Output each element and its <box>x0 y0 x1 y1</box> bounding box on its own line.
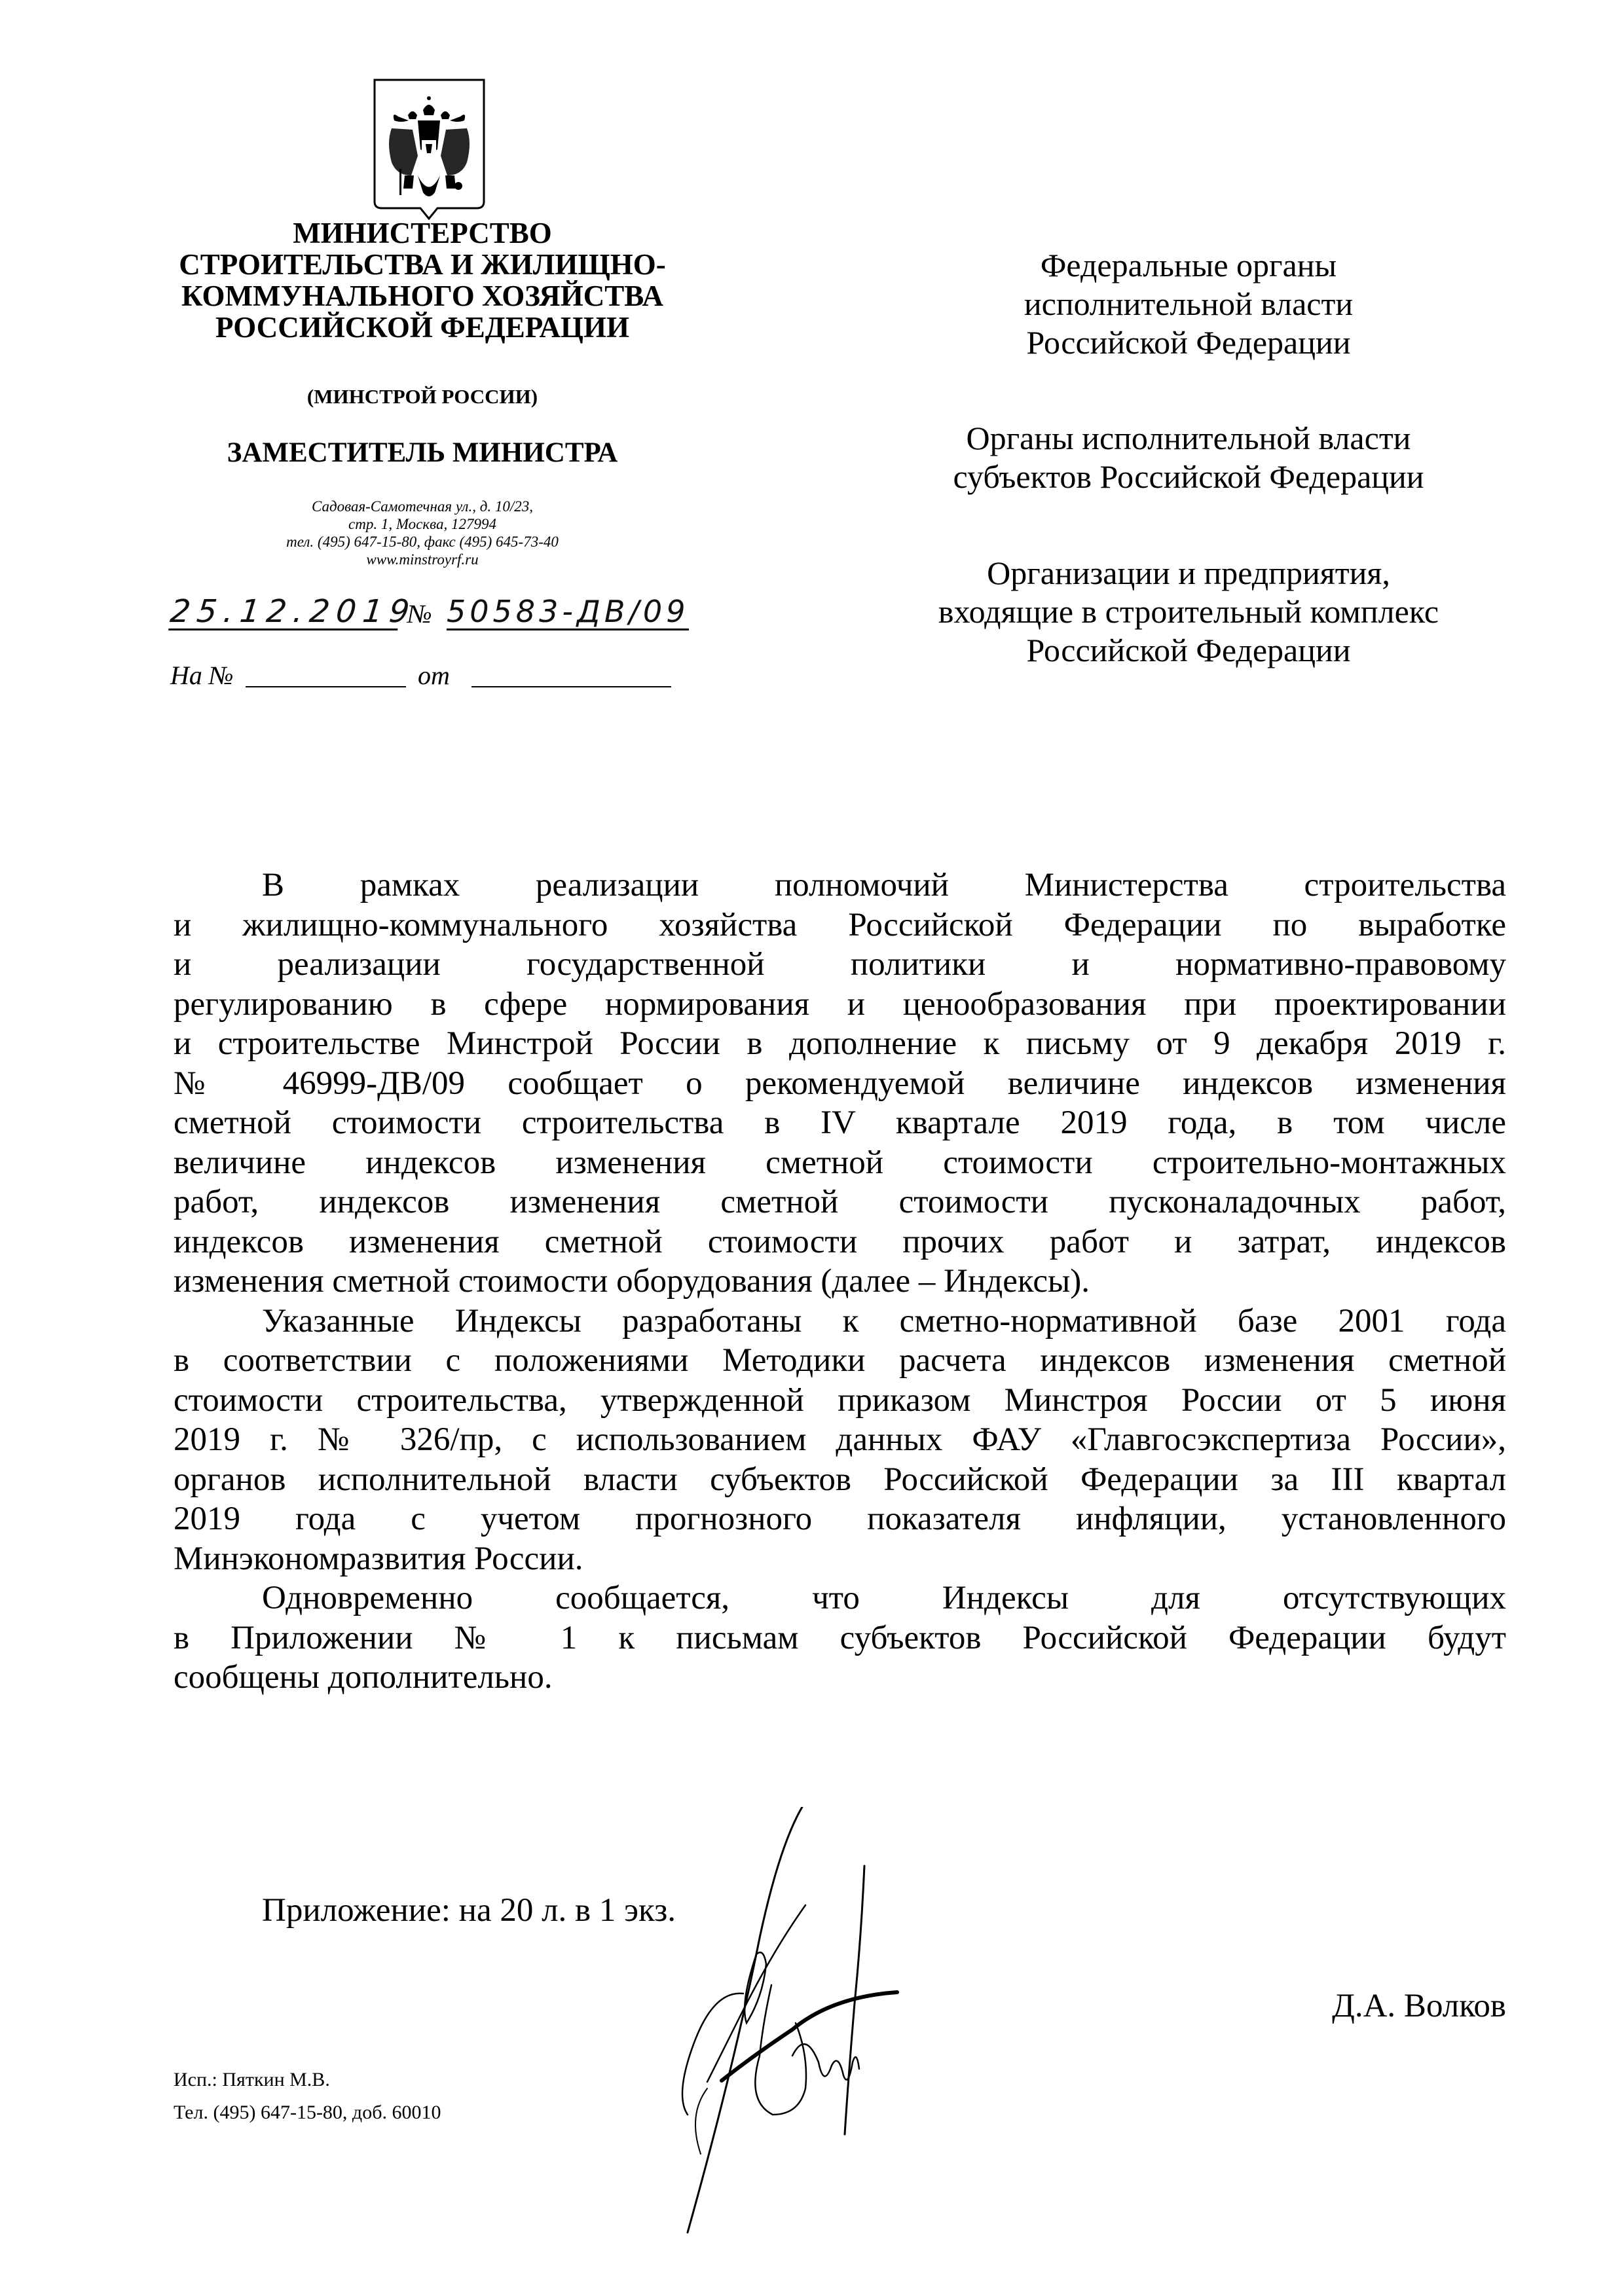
ministry-address: Садовая-Самотечная ул., д. 10/23, стр. 1… <box>160 498 684 568</box>
ministry-name-line: КОММУНАЛЬНОГО ХОЗЯЙСТВА <box>160 280 684 312</box>
reply-number-label: На № <box>170 660 234 691</box>
address-line: стр. 1, Москва, 127994 <box>160 515 684 533</box>
body-line: Одновременно сообщается, что Индексы для… <box>174 1578 1506 1618</box>
addressee-line: входящие в строительный комплекс <box>864 592 1513 631</box>
addressee-line: Органы исполнительной власти <box>864 419 1513 458</box>
body-line: № 46999-ДВ/09 сообщает о рекомендуемой в… <box>174 1064 1506 1104</box>
body-line: 2019 г. № 326/пр, с использованием данны… <box>174 1420 1506 1460</box>
body-line: сообщены дополнительно. <box>174 1658 1506 1698</box>
addressee-line: Организации и предприятия, <box>864 554 1513 592</box>
body-line: величине индексов изменения сметной стои… <box>174 1143 1506 1183</box>
body-line: индексов изменения сметной стоимости про… <box>174 1222 1506 1262</box>
reply-reference: На № от <box>170 660 694 693</box>
body-line: изменения сметной стоимости оборудования… <box>174 1262 1506 1302</box>
paragraph: Одновременно сообщается, что Индексы для… <box>174 1578 1506 1698</box>
paragraph: В рамках реализации полномочий Министерс… <box>174 866 1506 1302</box>
body-line: работ, индексов изменения сметной стоимо… <box>174 1182 1506 1222</box>
address-line: тел. (495) 647-15-80, факс (495) 645-73-… <box>160 533 684 551</box>
body-line: в соответствии с положениями Методики ра… <box>174 1341 1506 1381</box>
body-line: регулированию в сфере нормирования и цен… <box>174 985 1506 1025</box>
addressee-line: исполнительной власти <box>864 285 1513 323</box>
body-line: и жилищно-коммунального хозяйства Россий… <box>174 905 1506 945</box>
handwritten-signature-icon <box>648 1807 1015 2239</box>
addressee-line: субъектов Российской Федерации <box>864 458 1513 496</box>
body-line: Указанные Индексы разработаны к сметно-н… <box>174 1302 1506 1341</box>
addressee-line: Федеральные органы <box>864 246 1513 285</box>
addressee-line: Российской Федерации <box>864 323 1513 362</box>
registration-date: 25.12.2019 <box>168 594 401 630</box>
letter-body: В рамках реализации полномочий Министерс… <box>174 866 1506 1698</box>
signer-name: Д.А. Волков <box>1179 1986 1506 2026</box>
body-line: в Приложении № 1 к письмам субъектов Рос… <box>174 1618 1506 1658</box>
ministry-name-line: СТРОИТЕЛЬСТВА И ЖИЛИЩНО- <box>160 249 684 280</box>
reply-date-field <box>471 686 671 687</box>
registration-number: 50583-ДВ/09 <box>447 594 689 630</box>
sender-position: ЗАМЕСТИТЕЛЬ МИНИСТРА <box>160 437 684 469</box>
body-line: и реализации государственной политики и … <box>174 945 1506 985</box>
address-line: Садовая-Самотечная ул., д. 10/23, <box>160 498 684 515</box>
addressee-federal-bodies: Федеральные органы исполнительной власти… <box>864 246 1513 362</box>
executor-name: Исп.: Пяткин М.В. <box>174 2064 441 2096</box>
reply-number-field <box>246 686 406 687</box>
body-line: сметной стоимости строительства в IV ква… <box>174 1103 1506 1143</box>
body-line: Минэкономразвития России. <box>174 1539 1506 1579</box>
body-line: и строительстве Минстрой России в дополн… <box>174 1024 1506 1064</box>
attachment-note: Приложение: на 20 л. в 1 экз. <box>262 1891 676 1930</box>
coat-of-arms-icon <box>372 77 487 225</box>
website-link: www.minstroyrf.ru <box>160 551 684 568</box>
body-line: 2019 года с учетом прогнозного показател… <box>174 1499 1506 1539</box>
body-line: органов исполнительной власти субъектов … <box>174 1460 1506 1500</box>
body-line: В рамках реализации полномочий Министерс… <box>174 866 1506 905</box>
executor-info: Исп.: Пяткин М.В. Тел. (495) 647-15-80, … <box>174 2064 441 2129</box>
ministry-name-line: РОССИЙСКОЙ ФЕДЕРАЦИИ <box>160 312 684 343</box>
paragraph: Указанные Индексы разработаны к сметно-н… <box>174 1302 1506 1579</box>
registration-line: 25.12.2019 № 50583-ДВ/09 <box>170 594 720 634</box>
body-line: стоимости строительства, утвержденной пр… <box>174 1381 1506 1421</box>
ministry-name: МИНИСТЕРСТВО СТРОИТЕЛЬСТВА И ЖИЛИЩНО- КО… <box>160 217 684 343</box>
ministry-short-name: (МИНСТРОЙ РОССИИ) <box>160 385 684 409</box>
addressee-line: Российской Федерации <box>864 631 1513 670</box>
addressee-regional-bodies: Органы исполнительной власти субъектов Р… <box>864 419 1513 496</box>
reply-date-label: от <box>418 660 450 691</box>
addressee-organizations: Организации и предприятия, входящие в ст… <box>864 554 1513 670</box>
registration-number-label: № <box>407 598 432 630</box>
executor-phone: Тел. (495) 647-15-80, доб. 60010 <box>174 2096 441 2129</box>
ministry-name-line: МИНИСТЕРСТВО <box>160 217 684 249</box>
